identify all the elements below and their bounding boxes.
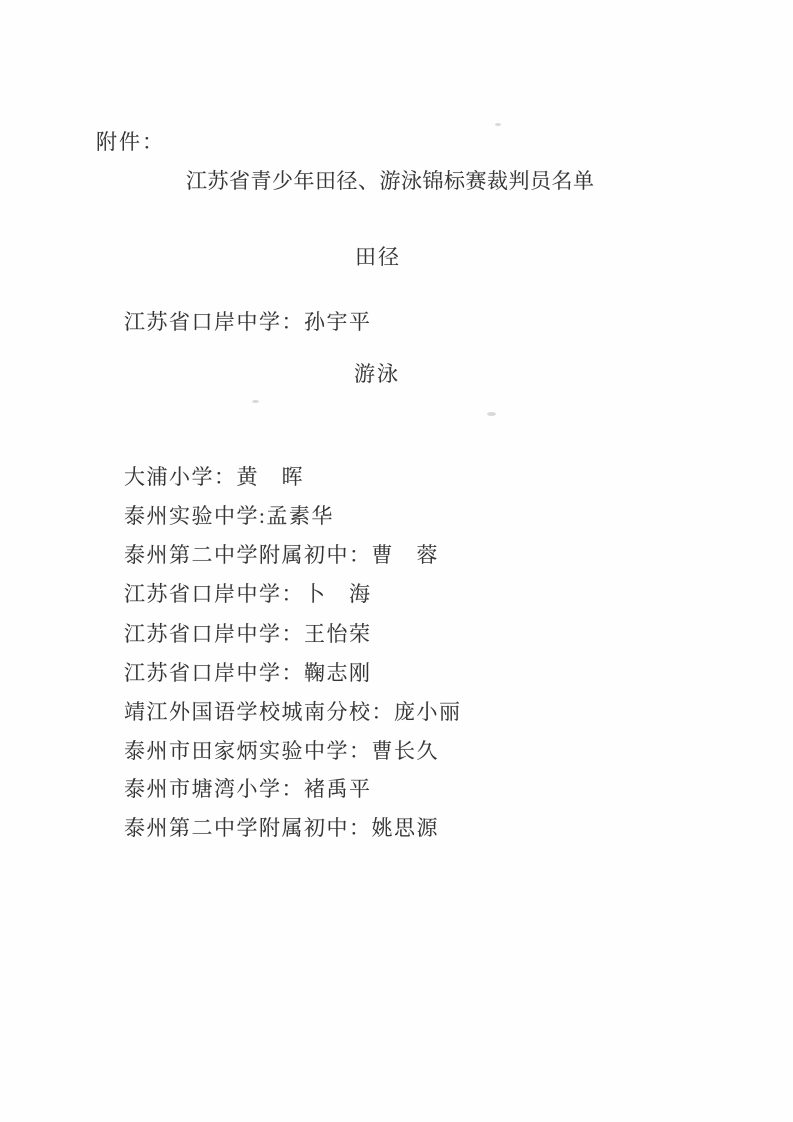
document-title: 江苏省青少年田径、游泳锦标赛裁判员名单	[186, 169, 595, 194]
scan-artifact-speck	[252, 400, 259, 403]
scan-artifact-speck	[487, 412, 496, 416]
referee-entry: 泰州第二中学附属初中：姚思源	[97, 791, 439, 867]
school-name: 江苏省口岸中学	[124, 310, 282, 334]
referee-name: 曹长久	[372, 739, 440, 763]
section-heading-track-field: 田径	[355, 245, 401, 270]
colon-separator: ：	[282, 310, 305, 334]
referee-name: 孙宇平	[304, 310, 372, 334]
referee-entry: 江苏省口岸中学：孙宇平	[97, 285, 372, 361]
colon-separator: ：	[349, 816, 372, 840]
referee-name: 姚思源	[372, 816, 440, 840]
section-heading-swimming: 游泳	[354, 362, 400, 387]
scanned-document-page: 附件： 江苏省青少年田径、游泳锦标赛裁判员名单 田径 江苏省口岸中学：孙宇平 游…	[0, 0, 793, 1122]
school-name: 泰州第二中学附属初中	[124, 816, 349, 840]
referee-name: 曹 蓉	[372, 543, 440, 567]
attachment-label: 附件：	[96, 130, 165, 155]
scan-artifact-speck	[495, 123, 501, 126]
